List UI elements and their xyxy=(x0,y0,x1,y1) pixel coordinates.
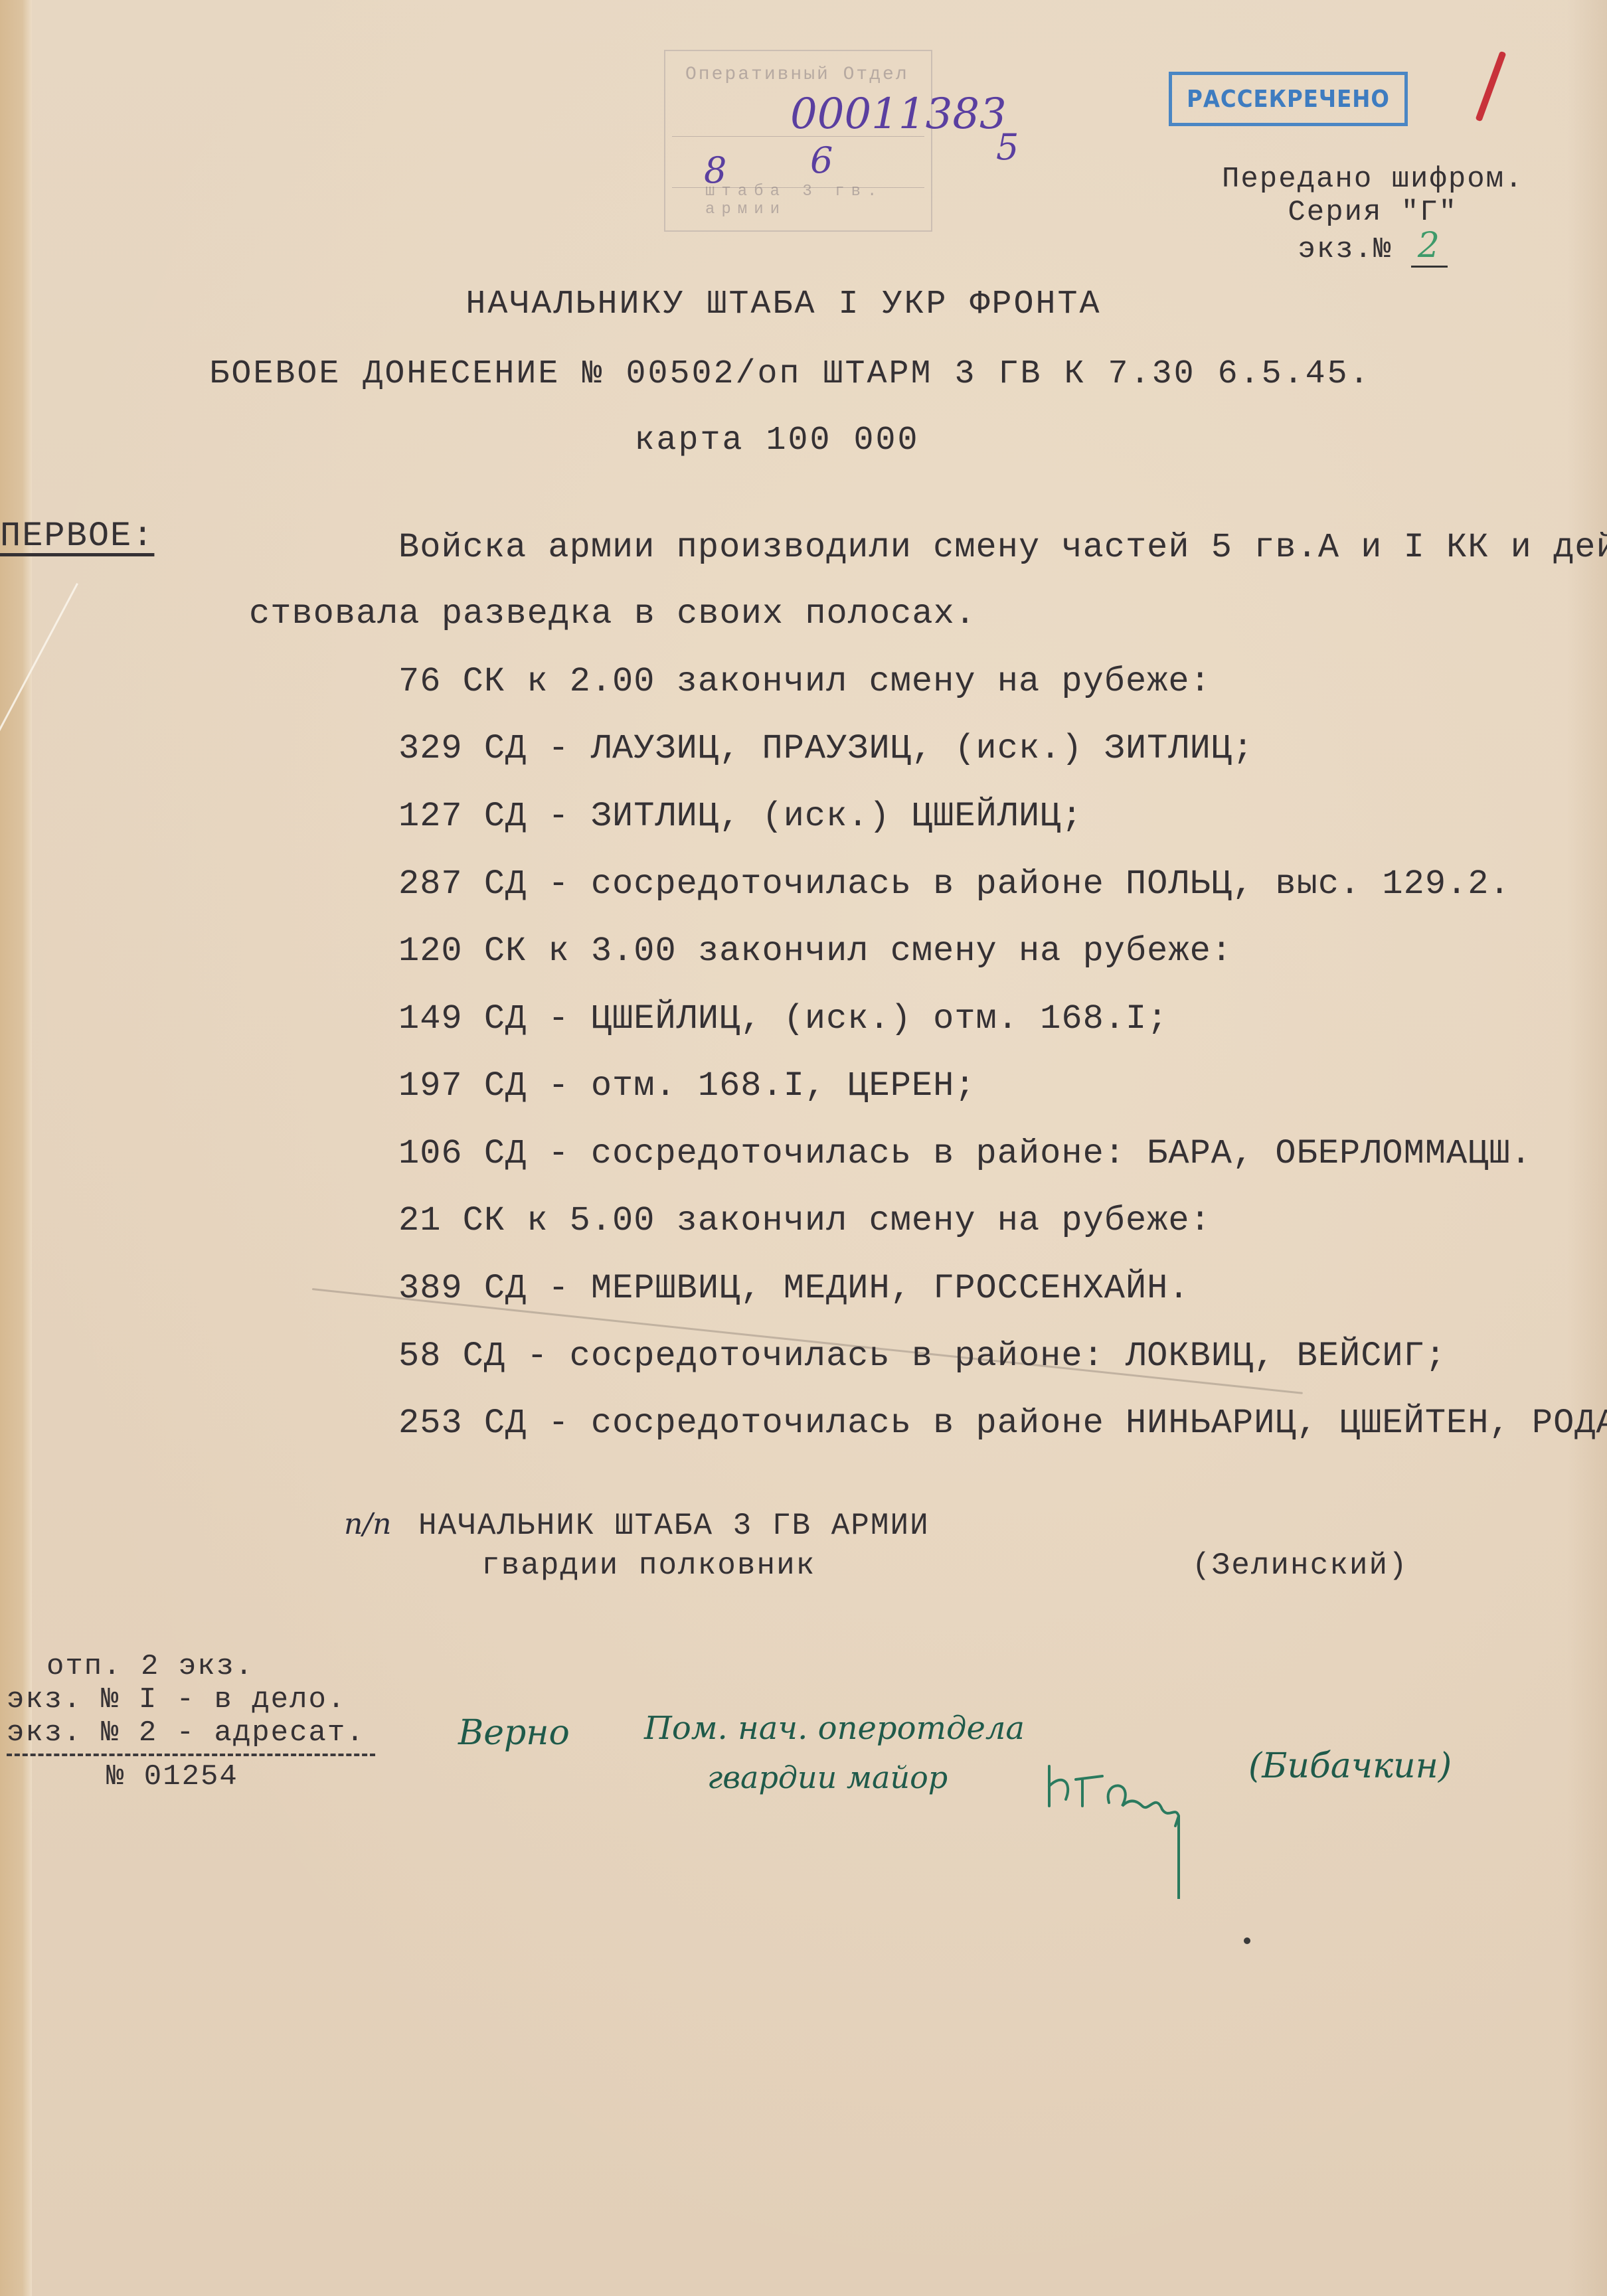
copy-2-destination: экз. № 2 - адресат. xyxy=(7,1716,375,1750)
map-reference: карта 100 000 xyxy=(0,422,1580,459)
archive-stamp: Оперативный Отдел штаба 3 гв. армии xyxy=(664,50,932,232)
cipher-note-copy: экз.№ 2 xyxy=(1222,229,1523,266)
certification-position-line2: гвардии майор xyxy=(707,1760,948,1795)
cipher-note-series: Серия "Г" xyxy=(1222,196,1523,229)
pp-mark: п/п xyxy=(344,1507,392,1541)
distribution-list: отп. 2 экз. экз. № I - в дело. экз. № 2 … xyxy=(7,1650,375,1793)
page-edge-shadow xyxy=(1567,0,1607,2296)
copies-printed: отп. 2 экз. xyxy=(7,1650,375,1683)
report-line: 106 СД - сосредоточилась в районе: БАРА,… xyxy=(398,1134,1532,1173)
separator-rule xyxy=(7,1754,375,1756)
archive-stamp-footer: штаба 3 гв. армии xyxy=(705,183,931,218)
registration-number: № 01254 xyxy=(7,1760,375,1793)
signatory-rank: гвардии полковник xyxy=(481,1548,815,1583)
binding-strip xyxy=(0,0,32,2296)
copy-number: 2 xyxy=(1411,226,1448,268)
report-line: 21 СК к 5.00 закончил смену на рубеже: xyxy=(398,1201,1211,1240)
copy-1-destination: экз. № I - в дело. xyxy=(7,1683,375,1716)
report-line: 58 СД - сосредоточилась в районе: ЛОКВИЦ… xyxy=(398,1337,1446,1376)
section-label-first: ПЕРВОЕ: xyxy=(0,517,154,556)
cipher-note: Передано шифром. Серия "Г" экз.№ 2 xyxy=(1222,163,1523,266)
cipher-note-line1: Передано шифром. xyxy=(1222,163,1523,196)
report-line: 120 СК к 3.00 закончил смену на рубеже: xyxy=(398,932,1232,971)
report-line: 253 СД - сосредоточилась в районе НИНЬАР… xyxy=(398,1404,1607,1443)
inventory-number: 00011383 xyxy=(790,90,1007,139)
addressee-heading: НАЧАЛЬНИКУ ШТАБА I УКР ФРОНТА xyxy=(0,286,1587,323)
declassified-stamp: РАССЕКРЕЧЕНО xyxy=(1169,72,1408,126)
fund-number: 8 xyxy=(704,149,726,191)
report-line: 197 СД - отм. 168.I, ЦЕРЕН; xyxy=(398,1066,976,1106)
intro-line-2: ствовала разведка в своих полосах. xyxy=(249,594,976,633)
intro-line-1: Войска армии производили смену частей 5 … xyxy=(398,528,1607,567)
report-line: 127 СД - ЗИТЛИЦ, (иск.) ЦШЕЙЛИЦ; xyxy=(398,797,1083,836)
copy-label: экз.№ xyxy=(1298,233,1392,266)
certification-name: (Бибачкин) xyxy=(1248,1746,1452,1786)
archive-stamp-header: Оперативный Отдел xyxy=(685,64,909,85)
report-line: 76 СК к 2.00 закончил смену на рубеже: xyxy=(398,662,1211,701)
signatory-name: (Зелинский) xyxy=(1192,1548,1408,1583)
delo-number: 5 xyxy=(996,126,1019,168)
opis-number: 6 xyxy=(810,139,833,181)
certification-position-line1: Пом. нач. оперотдела xyxy=(644,1710,1025,1747)
ink-dot xyxy=(1244,1937,1250,1944)
report-line: 329 СД - ЛАУЗИЦ, ПРАУЗИЦ, (иск.) ЗИТЛИЦ; xyxy=(398,729,1254,768)
report-line: 389 СД - МЕРШВИЦ, МЕДИН, ГРОССЕНХАЙН. xyxy=(398,1269,1190,1308)
signatory-position: НАЧАЛЬНИК ШТАБА 3 ГВ АРМИИ xyxy=(418,1509,930,1543)
report-line: 287 СД - сосредоточилась в районе ПОЛЬЦ,… xyxy=(398,864,1511,904)
report-line: 149 СД - ЦШЕЙЛИЦ, (иск.) отм. 168.I; xyxy=(398,999,1168,1038)
report-title: БОЕВОЕ ДОНЕСЕНИЕ № 00502/оп ШТАРМ 3 ГВ К… xyxy=(0,355,1594,393)
certification-verno: Верно xyxy=(458,1713,570,1753)
